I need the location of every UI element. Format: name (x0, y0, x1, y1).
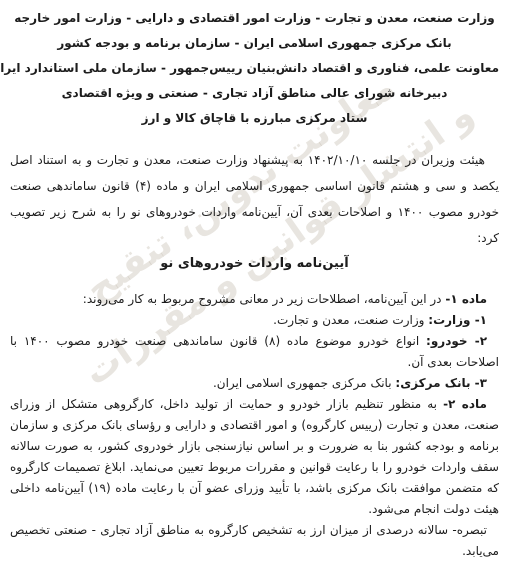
document-page: معاونت تدوین، تنقیح و انتشار قوانین و مق… (0, 0, 509, 565)
note-text: سالانه درصدی از میزان ارز به تشخیص کارگر… (10, 523, 499, 558)
definition-3-label: ۳- بانک مرکزی: (395, 376, 487, 390)
approval-paragraph: هیئت وزیران در جلسه ۱۴۰۲/۱۰/۱۰ به پیشنها… (10, 147, 499, 251)
definition-2-label: ۲- خودرو: (426, 334, 487, 348)
definition-item-vehicle: ۲- خودرو: انواع خودرو موضوع ماده (۸) قان… (10, 331, 499, 373)
article-1: ماده ۱- در این آیین‌نامه، اصطلاحات زیر د… (10, 289, 499, 310)
regulation-title: آیین‌نامه واردات خودروهای نو (10, 253, 499, 275)
header-line-central-bank: بانک مرکزی جمهوری اسلامی ایران - سازمان … (10, 31, 499, 56)
definition-3-text: بانک مرکزی جمهوری اسلامی ایران. (213, 376, 392, 390)
document-header: وزارت صنعت، معدن و تجارت - وزارت امور اق… (10, 6, 499, 131)
note-paragraph: تبصره- سالانه درصدی از میزان ارز به تشخی… (10, 520, 499, 562)
article-1-text: در این آیین‌نامه، اصطلاحات زیر در معانی … (83, 292, 442, 306)
definition-item-ministry: ۱- وزارت: وزارت صنعت، معدن و تجارت. (10, 310, 499, 331)
definition-item-central-bank: ۳- بانک مرکزی: بانک مرکزی جمهوری اسلامی … (10, 373, 499, 394)
article-2: ماده ۲- به منظور تنظیم بازار خودرو و حما… (10, 394, 499, 520)
article-2-text: به منظور تنظیم بازار خودرو و حمایت از تو… (10, 397, 499, 516)
header-line-ministries: وزارت صنعت، معدن و تجارت - وزارت امور اق… (10, 6, 499, 31)
approval-text: هیئت وزیران در جلسه ۱۴۰۲/۱۰/۱۰ به پیشنها… (10, 153, 499, 245)
document-content: وزارت صنعت، معدن و تجارت - وزارت امور اق… (0, 0, 509, 562)
note-label: تبصره- (452, 523, 487, 537)
article-2-label: ماده ۲- (443, 397, 487, 411)
regulation-body: ماده ۱- در این آیین‌نامه، اصطلاحات زیر د… (10, 289, 499, 562)
article-1-label: ماده ۱- (445, 292, 487, 306)
definition-1-label: ۱- وزارت: (428, 313, 487, 327)
header-line-vice-presidency: معاونت علمی، فناوری و اقتصاد دانش‌بنیان … (10, 56, 499, 81)
header-line-smuggling-hq: ستاد مرکزی مبارزه با قاچاق کالا و ارز (10, 106, 499, 131)
header-line-free-zones: دبیرخانه شورای عالی مناطق آزاد تجاری - ص… (10, 81, 499, 106)
definition-1-text: وزارت صنعت، معدن و تجارت. (273, 313, 424, 327)
